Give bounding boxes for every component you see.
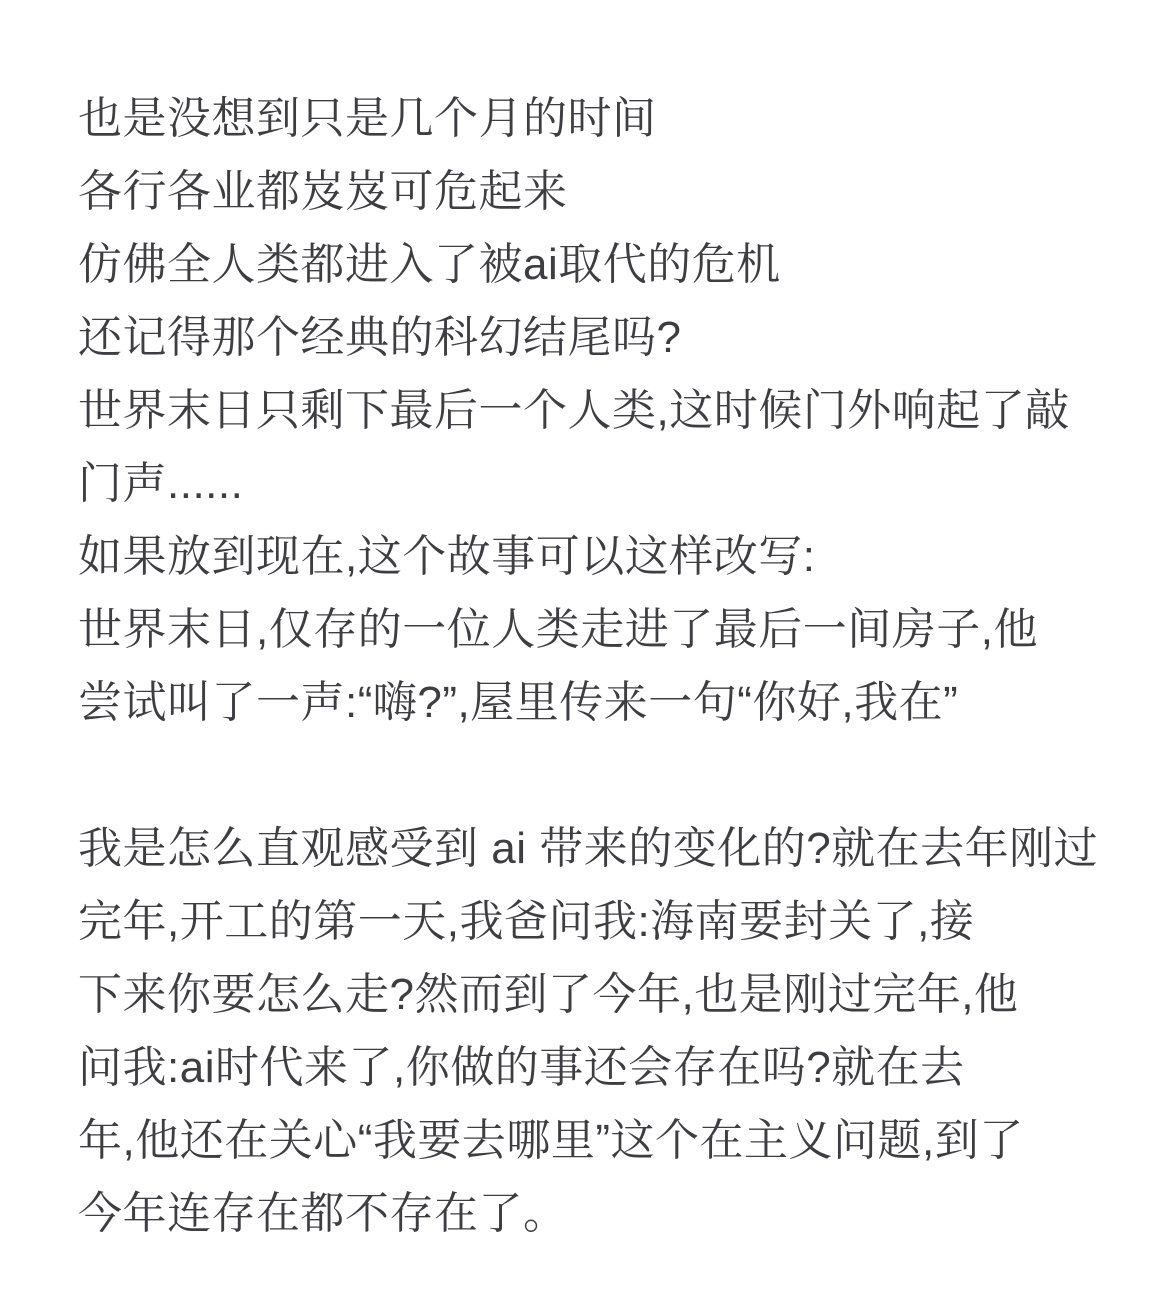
text-line: 我是怎么直观感受到 ai 带来的变化的?就在去年刚过 <box>78 812 1110 885</box>
paragraph-separator <box>78 739 1110 812</box>
text-line: 如果放到现在,这个故事可以这样改写: <box>78 520 1110 593</box>
text-line: 今年连存在都不存在了。 <box>78 1177 1110 1250</box>
paragraph-2: 我是怎么直观感受到 ai 带来的变化的?就在去年刚过 完年,开工的第一天,我爸问… <box>78 812 1110 1250</box>
text-line: 尝试叫了一声:“嗨?”,屋里传来一句“你好,我在” <box>78 666 1110 739</box>
text-line: 世界末日,仅存的一位人类走进了最后一间房子,他 <box>78 593 1110 666</box>
text-line: 也是没想到只是几个月的时间 <box>78 82 1110 155</box>
text-line: 问我:ai时代来了,你做的事还会存在吗?就在去 <box>78 1031 1110 1104</box>
text-line: 门声...... <box>78 447 1110 520</box>
text-page: 也是没想到只是几个月的时间 各行各业都岌岌可危起来 仿佛全人类都进入了被ai取代… <box>0 0 1170 1293</box>
paragraph-1: 也是没想到只是几个月的时间 各行各业都岌岌可危起来 仿佛全人类都进入了被ai取代… <box>78 82 1110 739</box>
text-line: 世界末日只剩下最后一个人类,这时候门外响起了敲 <box>78 374 1110 447</box>
text-line: 各行各业都岌岌可危起来 <box>78 155 1110 228</box>
text-line: 下来你要怎么走?然而到了今年,也是刚过完年,他 <box>78 958 1110 1031</box>
text-line: 完年,开工的第一天,我爸问我:海南要封关了,接 <box>78 885 1110 958</box>
article-text: 也是没想到只是几个月的时间 各行各业都岌岌可危起来 仿佛全人类都进入了被ai取代… <box>78 82 1110 1250</box>
text-line: 还记得那个经典的科幻结尾吗? <box>78 301 1110 374</box>
text-line: 年,他还在关心“我要去哪里”这个在主义问题,到了 <box>78 1104 1110 1177</box>
text-line: 仿佛全人类都进入了被ai取代的危机 <box>78 228 1110 301</box>
